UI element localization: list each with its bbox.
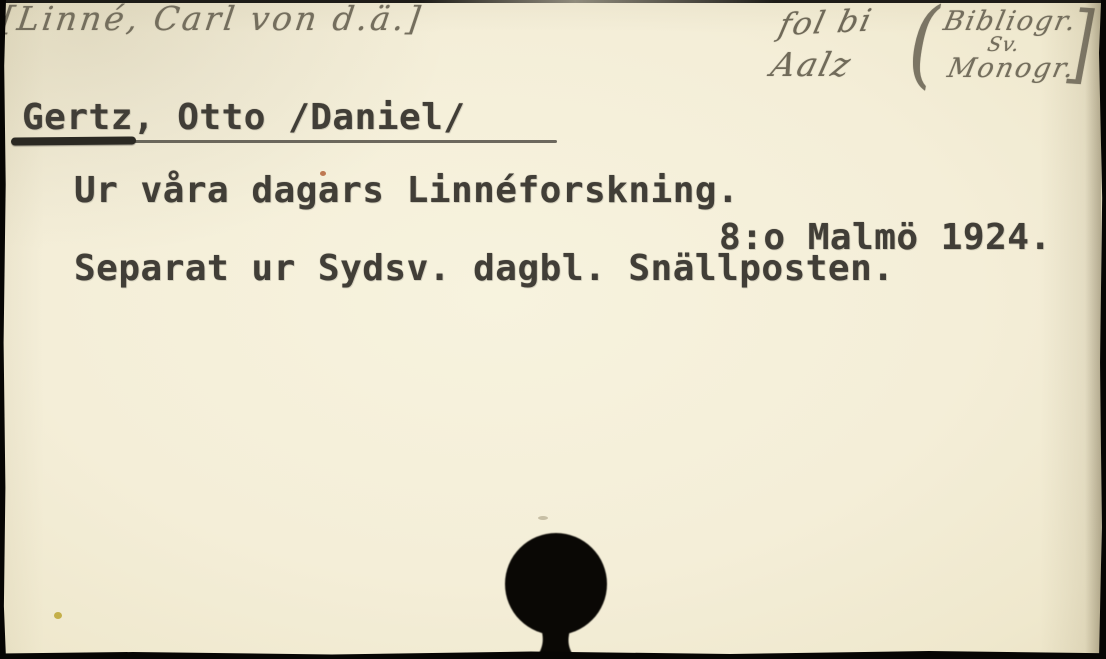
catalog-card-scan: [Linné, Carl von d.ä.] fol bi Aalz ( Bib…: [0, 0, 1106, 659]
ink-speck: [320, 171, 326, 176]
scan-edge-top: [0, 0, 1106, 3]
entry-title-line: Ur våra dagars Linnéforskning.: [74, 173, 739, 209]
handwritten-author-note: [Linné, Carl von d.ä.]: [0, 2, 425, 35]
catalog-card: [Linné, Carl von d.ä.] fol bi Aalz ( Bib…: [0, 0, 1106, 659]
handwritten-shelfmark-line2: Aalz: [768, 48, 856, 81]
card-right-shadow: [1085, 0, 1101, 659]
entry-note-line: Separat ur Sydsv. dagbl. Snällposten.: [74, 251, 894, 287]
punch-hole-icon: [476, 514, 636, 659]
handwritten-category-line2: Sv.: [986, 34, 1022, 54]
entry-heading-author: Gertz, Otto /Daniel/: [22, 100, 465, 136]
handwritten-shelfmark-line1: fol bi: [776, 6, 876, 42]
handwritten-category-line1: Bibliogr.: [941, 8, 1080, 35]
handwritten-open-bracket: (: [907, 0, 940, 91]
paper-speck: [54, 612, 62, 619]
handwritten-category-line3: Monogr.: [945, 55, 1078, 82]
